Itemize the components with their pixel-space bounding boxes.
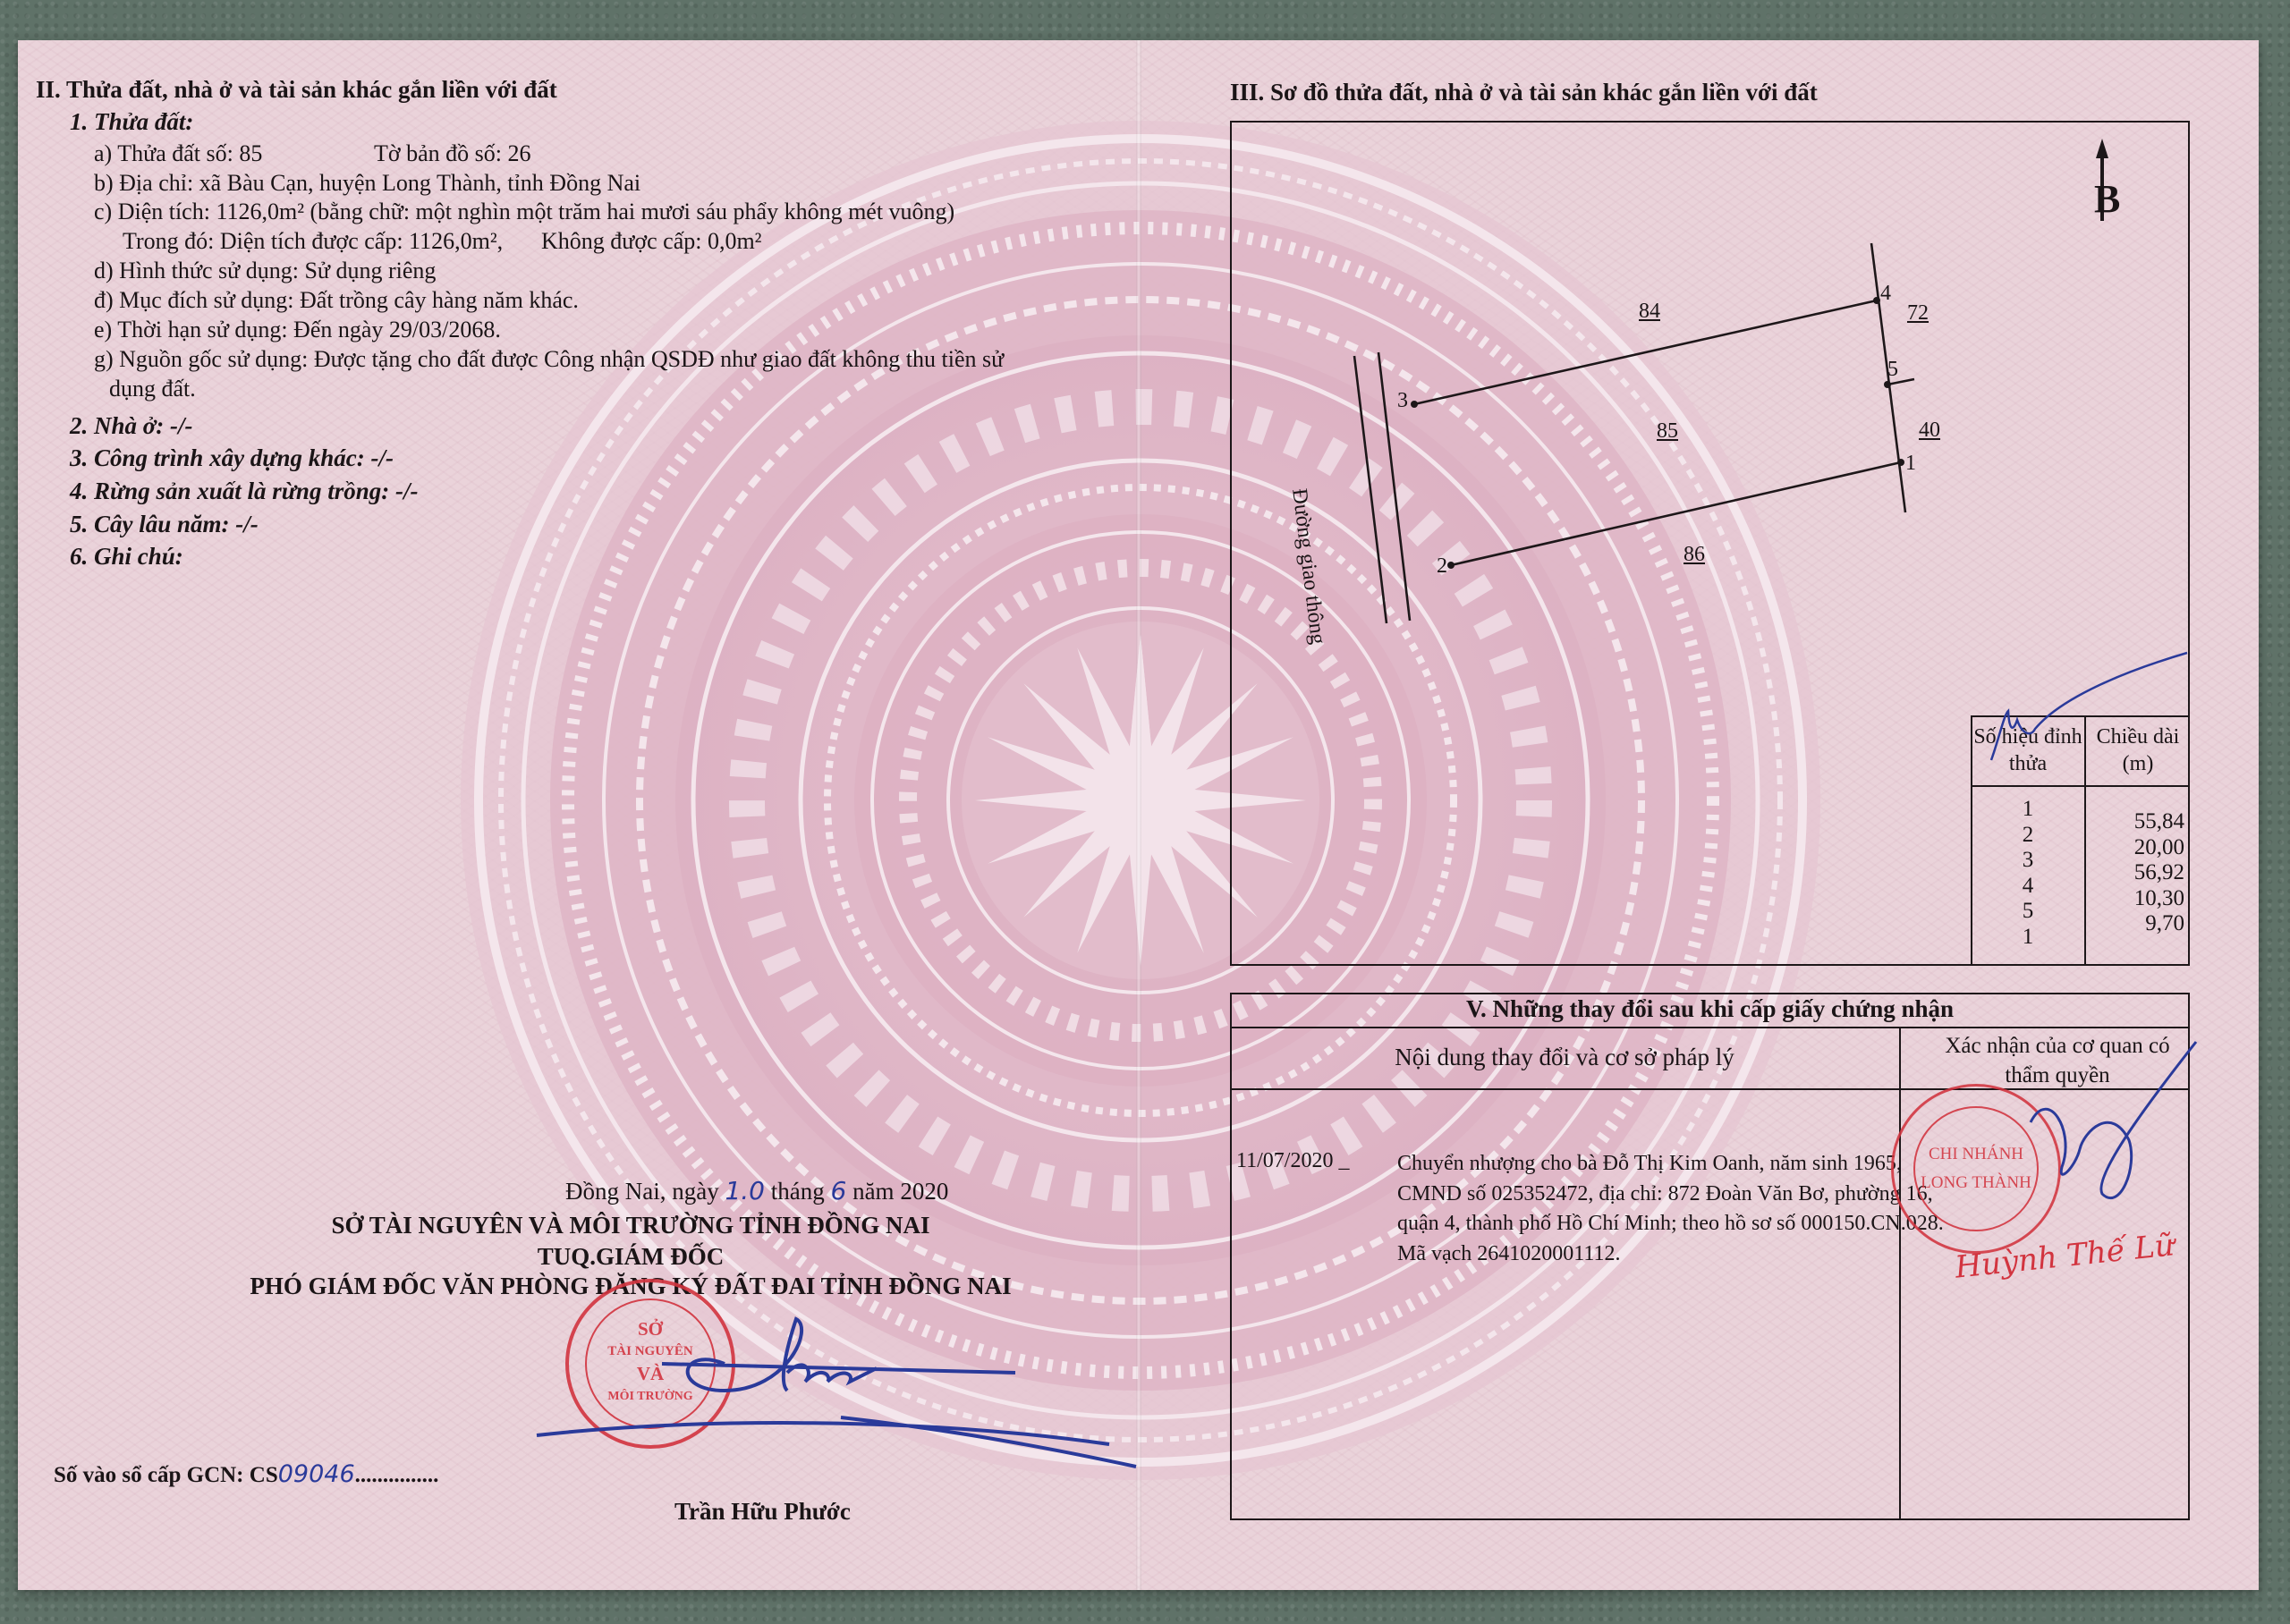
signer-name: Trần Hữu Phước bbox=[674, 1498, 851, 1526]
change-content: Chuyển nhượng cho bà Đỗ Thị Kim Oanh, nă… bbox=[1397, 1149, 1944, 1269]
place-date: Đồng Nai, ngày 1.0 tháng 6 năm 2020 bbox=[565, 1176, 948, 1205]
handwritten-registry-number: 09046 bbox=[278, 1460, 355, 1488]
usage-form: d) Hình thức sử dụng: Sử dụng riêng bbox=[94, 258, 436, 284]
point-label-4: 4 bbox=[1880, 282, 1891, 306]
area: c) Diện tích: 1126,0m² (bằng chữ: một ng… bbox=[94, 199, 954, 225]
production-forest-item: 4. Rừng sản xuất là rừng trồng: -/- bbox=[70, 478, 418, 505]
section-v-title: V. Những thay đổi sau khi cấp giấy chứng… bbox=[1230, 995, 2190, 1023]
table-row: 9,70 bbox=[2086, 911, 2184, 937]
section-iii-title: III. Sơ đồ thửa đất, nhà ở và tài sản kh… bbox=[1230, 79, 1818, 106]
table-row: 1 bbox=[1973, 797, 2082, 823]
issuing-agency: SỞ TÀI NGUYÊN VÀ MÔI TRƯỜNG TỈNH ĐỒNG NA… bbox=[18, 1212, 1136, 1239]
table-row: 10,30 bbox=[2086, 886, 2184, 912]
usage-origin-cont: dụng đất. bbox=[109, 376, 196, 402]
change-date: 11/07/2020 _ bbox=[1236, 1149, 1349, 1173]
table-row: 2 bbox=[1973, 823, 2082, 849]
area-granted: Trong đó: Diện tích được cấp: 1126,0m², bbox=[123, 228, 503, 255]
handwritten-month: 6 bbox=[831, 1176, 847, 1205]
usage-term: e) Thời hạn sử dụng: Đến ngày 29/03/2068… bbox=[94, 317, 501, 343]
land-use-certificate-page: II. Thửa đất, nhà ở và tài sản khác gắn … bbox=[18, 40, 2259, 1590]
point-label-5: 5 bbox=[1887, 358, 1898, 382]
table-row: 4 bbox=[1973, 874, 2082, 900]
table-row: 3 bbox=[1973, 848, 2082, 874]
perennial-trees-item: 5. Cây lâu năm: -/- bbox=[70, 511, 259, 538]
table-row: 1 bbox=[1973, 925, 2082, 951]
other-construction-item: 3. Công trình xây dựng khác: -/- bbox=[70, 444, 394, 472]
point-label-3: 3 bbox=[1397, 389, 1408, 413]
table-row: 56,92 bbox=[2086, 860, 2184, 886]
point-label-1: 1 bbox=[1905, 452, 1916, 476]
parcel-label-72: 72 bbox=[1907, 301, 1929, 326]
length-column: 55,84 20,00 56,92 10,30 9,70 bbox=[2086, 809, 2184, 937]
usage-origin: g) Nguồn gốc sử dụng: Được tặng cho đất … bbox=[94, 346, 1004, 373]
parcel-number: a) Thửa đất số: 85 bbox=[94, 140, 262, 167]
table-row: 5 bbox=[1973, 899, 2082, 925]
parcel-label-85: 85 bbox=[1657, 419, 1678, 444]
confirmation-signature bbox=[1977, 1033, 2209, 1239]
handwritten-day: 1.0 bbox=[725, 1176, 765, 1205]
usage-purpose: đ) Mục đích sử dụng: Đất trồng cây hàng … bbox=[94, 287, 579, 314]
map-sheet-number: Tờ bản đồ số: 26 bbox=[374, 140, 531, 167]
land-subsection-title: 1. Thửa đất: bbox=[70, 108, 193, 136]
registry-number: Số vào sổ cấp GCN: CS09046..............… bbox=[54, 1460, 438, 1488]
area-not-granted: Không được cấp: 0,0m² bbox=[541, 228, 761, 255]
notes-item: 6. Ghi chú: bbox=[70, 543, 183, 571]
table-row: 55,84 bbox=[2086, 809, 2184, 835]
point-label-2: 2 bbox=[1437, 554, 1447, 579]
parcel-label-40: 40 bbox=[1919, 419, 1940, 443]
house-item: 2. Nhà ở: -/- bbox=[70, 412, 192, 440]
table-row: 20,00 bbox=[2086, 835, 2184, 861]
section-ii-title: II. Thửa đất, nhà ở và tài sản khác gắn … bbox=[36, 76, 557, 104]
on-behalf-of: TUQ.GIÁM ĐỐC bbox=[18, 1243, 1136, 1271]
address: b) Địa chỉ: xã Bàu Cạn, huyện Long Thành… bbox=[94, 170, 640, 197]
north-label: B bbox=[2094, 176, 2120, 222]
column-header-content: Nội dung thay đổi và cơ sở pháp lý bbox=[1230, 1044, 1899, 1071]
parcel-label-86: 86 bbox=[1684, 543, 1705, 567]
parcel-label-84: 84 bbox=[1639, 300, 1660, 324]
director-signature bbox=[519, 1292, 1234, 1489]
vertex-column: 1 2 3 4 5 1 bbox=[1973, 797, 2082, 950]
table-initial-mark bbox=[1950, 648, 2201, 774]
